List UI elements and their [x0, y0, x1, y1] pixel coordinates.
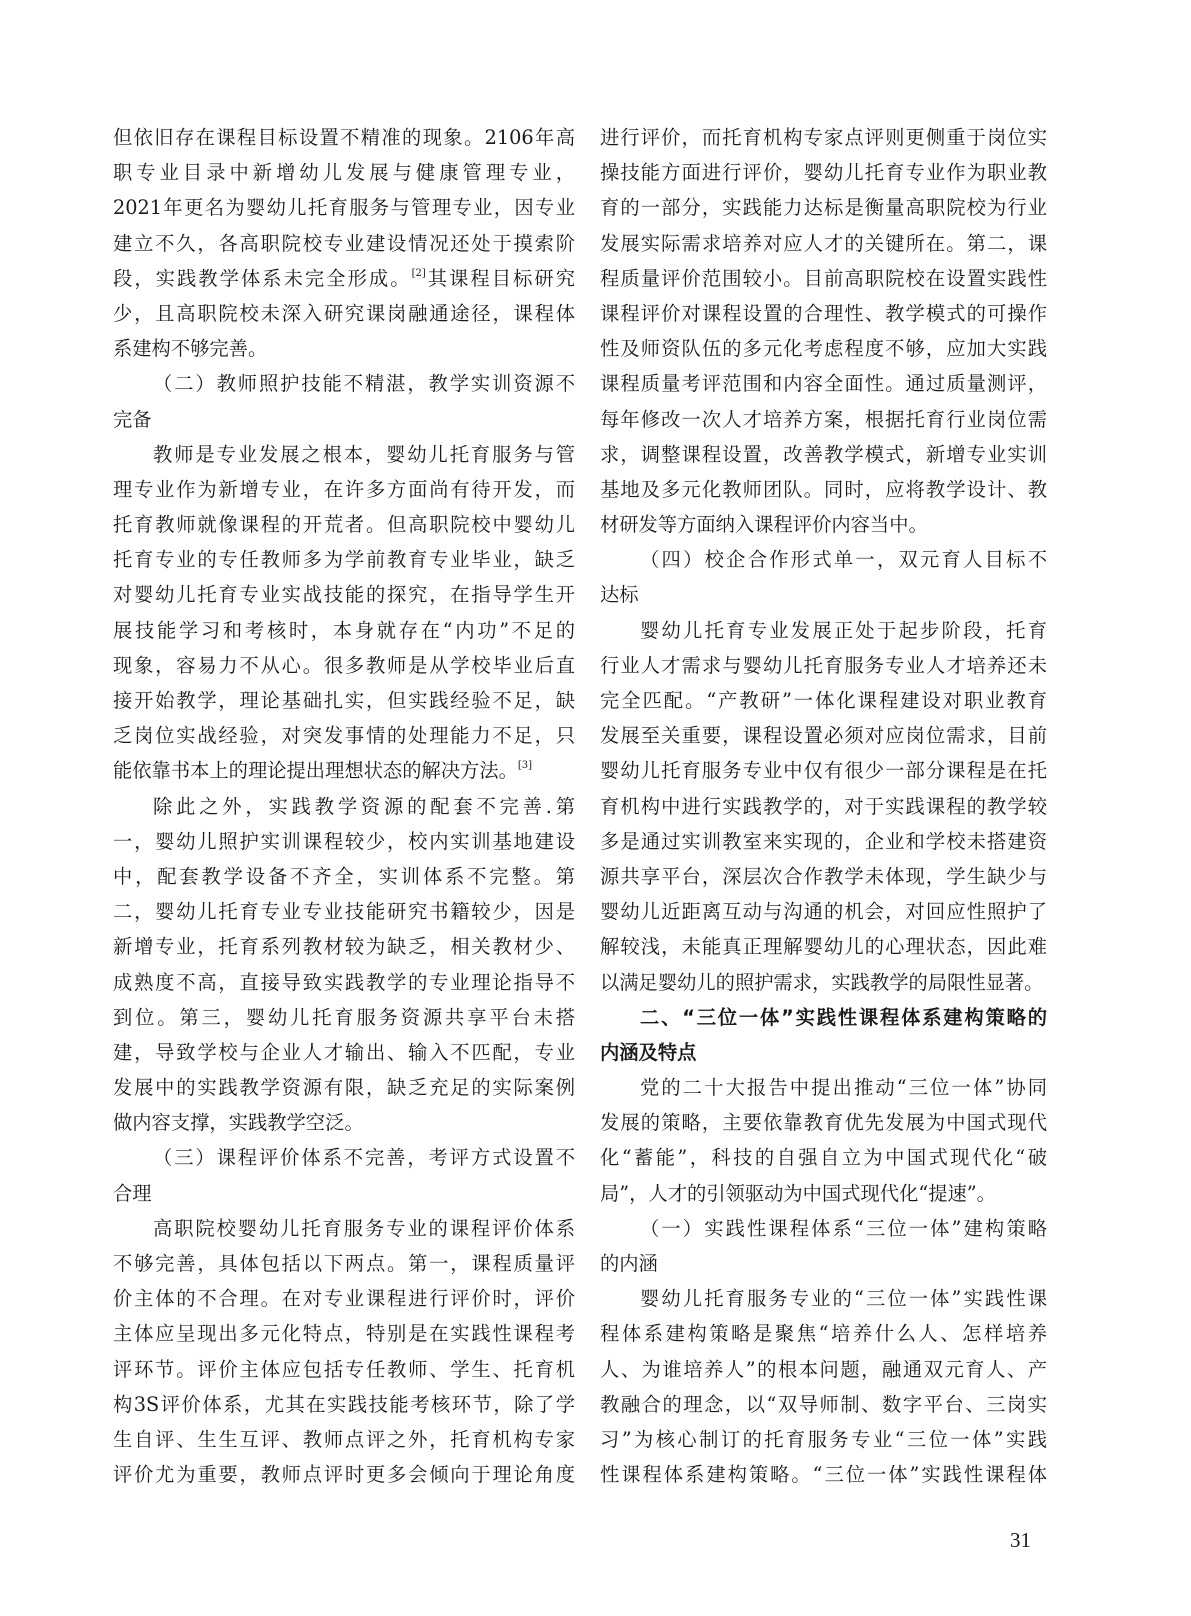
text-line: 构3S评价体系，尤其在实践技能考核环节，除了学	[113, 1387, 575, 1422]
line-text: 托育专业的专任教师多为学前教育专业毕业，缺乏	[113, 548, 575, 571]
line-text: 婴幼儿托育服务专业中仅有很少一部分课程是在托	[600, 759, 1047, 782]
line-text: 发展的策略，主要依靠教育优先发展为中国式现代	[600, 1111, 1047, 1134]
text-line: 完备	[113, 402, 575, 437]
line-text: 建立不久，各高职院校专业建设情况还处于摸索阶	[113, 232, 575, 255]
line-text: 系建构不够完善。	[113, 337, 267, 360]
line-text: 解较浅，未能真正理解婴幼儿的心理状态，因此难	[600, 935, 1047, 958]
text-line: 主体应呈现出多元化特点，特别是在实践性课程考	[113, 1316, 575, 1351]
text-line: 操技能方面进行评价，婴幼儿托育专业作为职业教	[600, 155, 1047, 190]
text-line: 课程质量考评范围和内容全面性。通过质量测评，	[600, 366, 1047, 401]
line-text: 课程质量考评范围和内容全面性。通过质量测评，	[600, 372, 1047, 395]
text-line: 每年修改一次人才培养方案，根据托育行业岗位需	[600, 402, 1047, 437]
line-text: 建，导致学校与企业人才输出、输入不匹配，专业	[113, 1041, 575, 1064]
text-line: 理专业作为新增专业，在许多方面尚有待开发，而	[113, 472, 575, 507]
line-text: 价主体的不合理。在对专业课程进行评价时，评价	[113, 1287, 575, 1310]
text-line: 以满足婴幼儿的照护需求，实践教学的局限性显著。	[600, 965, 1047, 1000]
subsection-heading: （四）校企合作形式单一，双元育人目标不	[600, 542, 1047, 577]
line-text: （四）校企合作形式单一，双元育人目标不	[640, 548, 1047, 571]
line-text: 对婴幼儿托育专业实战技能的探究，在指导学生开	[113, 583, 575, 606]
line-text: 新增专业，托育系列教材较为缺乏，相关教材少、	[113, 935, 575, 958]
text-line: 评环节。评价主体应包括专任教师、学生、托育机	[113, 1352, 575, 1387]
text-line: 化“蓄能”，科技的自强自立为中国式现代化“破	[600, 1140, 1047, 1175]
text-line: 托育专业的专任教师多为学前教育专业毕业，缺乏	[113, 542, 575, 577]
line-text: （二）教师照护技能不精湛，教学实训资源不	[153, 372, 575, 395]
text-line: 除此之外，实践教学资源的配套不完善.第	[113, 789, 575, 824]
line-text: 一，婴幼儿照护实训课程较少，校内实训基地建设	[113, 830, 575, 853]
line-text: 理专业作为新增专业，在许多方面尚有待开发，而	[113, 478, 575, 501]
line-text: 基地及多元化教师团队。同时，应将教学设计、教	[600, 478, 1047, 501]
line-text: 但依旧存在课程目标设置不精准的现象。2106年高	[113, 126, 575, 149]
text-line: 习”为核心制订的托育服务专业“三位一体”实践	[600, 1422, 1047, 1457]
right-column: 进行评价，而托育机构专家点评则更侧重于岗位实操技能方面进行评价，婴幼儿托育专业作…	[600, 120, 1047, 1492]
line-text: 合理	[113, 1182, 152, 1205]
subsection-heading: （三）课程评价体系不完善，考评方式设置不	[113, 1140, 575, 1175]
text-line: 职专业目录中新增幼儿发展与健康管理专业，	[113, 155, 575, 190]
line-text: 性及师资队伍的多元化考虑程度不够，应加大实践	[600, 337, 1047, 360]
line-text: 性课程体系建构策略。“三位一体”实践性课程体	[600, 1463, 1047, 1486]
text-line: 教师是专业发展之根本，婴幼儿托育服务与管	[113, 437, 575, 472]
text-line: 建立不久，各高职院校专业建设情况还处于摸索阶	[113, 226, 575, 261]
text-line: 完全匹配。“产教研”一体化课程建设对职业教育	[600, 683, 1047, 718]
text-line: 2021年更名为婴幼儿托育服务与管理专业，因专业	[113, 190, 575, 225]
text-line: 求，调整课程设置，改善教学模式，新增专业实训	[600, 437, 1047, 472]
text-line: 乏岗位实战经验，对突发事情的处理能力不足，只	[113, 718, 575, 753]
text-line: 达标	[600, 577, 1047, 612]
line-text: 以满足婴幼儿的照护需求，实践教学的局限性显著。	[600, 971, 1043, 994]
text-line: 发展至关重要，课程设置必须对应岗位需求，目前	[600, 718, 1047, 753]
line-text: （三）课程评价体系不完善，考评方式设置不	[153, 1146, 575, 1169]
line-text: 接开始教学，理论基础扎实，但实践经验不足，缺	[113, 689, 575, 712]
text-line: 不够完善，具体包括以下两点。第一，课程质量评	[113, 1246, 575, 1281]
text-line: 现象，容易力不从心。很多教师是从学校毕业后直	[113, 648, 575, 683]
line-text: 课程评价对课程设置的合理性、教学模式的可操作	[600, 302, 1047, 325]
text-line: 教融合的理念，以“双导师制、数字平台、三岗实	[600, 1387, 1047, 1422]
line-text: 内涵及特点	[600, 1041, 696, 1064]
text-line: 婴幼儿托育服务专业的“三位一体”实践性课	[600, 1281, 1047, 1316]
line-text: 少，且高职院校未深入研究课岗融通途径，课程体	[113, 302, 575, 325]
text-line: 系建构不够完善。	[113, 331, 575, 366]
text-line: 婴幼儿托育服务专业中仅有很少一部分课程是在托	[600, 753, 1047, 788]
line-text: （一）实践性课程体系“三位一体”建构策略	[640, 1217, 1047, 1240]
text-line: 做内容支撑，实践教学空泛。	[113, 1105, 575, 1140]
page-number: 31	[1010, 1528, 1031, 1553]
citation-marker: [2]	[412, 268, 426, 279]
text-line: 人、为谁培养人”的根本问题，融通双元育人、产	[600, 1352, 1047, 1387]
line-text: 现象，容易力不从心。很多教师是从学校毕业后直	[113, 654, 575, 677]
text-line: 对婴幼儿托育专业实战技能的探究，在指导学生开	[113, 577, 575, 612]
line-text: 2021年更名为婴幼儿托育服务与管理专业，因专业	[113, 196, 575, 219]
line-text: 托育教师就像课程的开荒者。但高职院校中婴幼儿	[113, 513, 575, 536]
text-line: 行业人才需求与婴幼儿托育服务专业人才培养还未	[600, 648, 1047, 683]
line-text: 人、为谁培养人”的根本问题，融通双元育人、产	[600, 1358, 1047, 1381]
text-line: 一，婴幼儿照护实训课程较少，校内实训基地建设	[113, 824, 575, 859]
text-line: 生自评、生生互评、教师点评之外，托育机构专家	[113, 1422, 575, 1457]
line-text: 求，调整课程设置，改善教学模式，新增专业实训	[600, 443, 1047, 466]
line-text: 到位。第三，婴幼儿托育服务资源共享平台未搭	[113, 1006, 575, 1029]
line-text: 婴幼儿近距离互动与沟通的机会，对回应性照护了	[600, 900, 1047, 923]
text-line: 基地及多元化教师团队。同时，应将教学设计、教	[600, 472, 1047, 507]
line-text: 二，婴幼儿托育专业专业技能研究书籍较少，因是	[113, 900, 575, 923]
line-text: 展技能学习和考核时，本身就存在“内功”不足的	[113, 619, 575, 642]
subsection-heading: （一）实践性课程体系“三位一体”建构策略	[600, 1211, 1047, 1246]
line-text: 高职院校婴幼儿托育服务专业的课程评价体系	[153, 1217, 575, 1240]
line-text: 多是通过实训教室来实现的，企业和学校未搭建资	[600, 830, 1047, 853]
line-text: 做内容支撑，实践教学空泛。	[113, 1111, 364, 1134]
text-line: 高职院校婴幼儿托育服务专业的课程评价体系	[113, 1211, 575, 1246]
subsection-heading: （二）教师照护技能不精湛，教学实训资源不	[113, 366, 575, 401]
line-text: 教融合的理念，以“双导师制、数字平台、三岗实	[600, 1393, 1047, 1416]
line-text: 发展至关重要，课程设置必须对应岗位需求，目前	[600, 724, 1047, 747]
line-text: 完备	[113, 408, 152, 431]
text-line: 新增专业，托育系列教材较为缺乏，相关教材少、	[113, 929, 575, 964]
text-line: 展技能学习和考核时，本身就存在“内功”不足的	[113, 613, 575, 648]
text-line: 课程评价对课程设置的合理性、教学模式的可操作	[600, 296, 1047, 331]
text-line: 发展中的实践教学资源有限，缺乏充足的实际案例	[113, 1070, 575, 1105]
line-text: 婴幼儿托育服务专业的“三位一体”实践性课	[640, 1287, 1047, 1310]
text-line: 育的一部分，实践能力达标是衡量高职院校为行业	[600, 190, 1047, 225]
line-text: 局”，人才的引领驱动为中国式现代化“提速”。	[600, 1182, 996, 1205]
line-text: 育机构中进行实践教学的，对于实践课程的教学较	[600, 795, 1047, 818]
line-text: 生自评、生生互评、教师点评之外，托育机构专家	[113, 1428, 575, 1451]
text-line: 局”，人才的引领驱动为中国式现代化“提速”。	[600, 1176, 1047, 1211]
text-line: 进行评价，而托育机构专家点评则更侧重于岗位实	[600, 120, 1047, 155]
line-text: 评环节。评价主体应包括专任教师、学生、托育机	[113, 1358, 575, 1381]
line-text: 职专业目录中新增幼儿发展与健康管理专业，	[113, 161, 575, 184]
line-text: 发展中的实践教学资源有限，缺乏充足的实际案例	[113, 1076, 575, 1099]
line-text: 习”为核心制订的托育服务专业“三位一体”实践	[600, 1428, 1047, 1451]
line-text: 完全匹配。“产教研”一体化课程建设对职业教育	[600, 689, 1047, 712]
line-text: 育的一部分，实践能力达标是衡量高职院校为行业	[600, 196, 1047, 219]
text-line: 源共享平台，深层次合作教学未体现，学生缺少与	[600, 859, 1047, 894]
text-line: 程体系建构策略是聚焦“培养什么人、怎样培养	[600, 1316, 1047, 1351]
text-line: 党的二十大报告中提出推动“三位一体”协同	[600, 1070, 1047, 1105]
text-line: 成熟度不高，直接导致实践教学的专业理论指导不	[113, 965, 575, 1000]
text-line: 建，导致学校与企业人才输出、输入不匹配，专业	[113, 1035, 575, 1070]
text-line: 托育教师就像课程的开荒者。但高职院校中婴幼儿	[113, 507, 575, 542]
text-line: 接开始教学，理论基础扎实，但实践经验不足，缺	[113, 683, 575, 718]
line-text: 材研发等方面纳入课程评价内容当中。	[600, 513, 928, 536]
text-line: 合理	[113, 1176, 575, 1211]
line-text: 乏岗位实战经验，对突发事情的处理能力不足，只	[113, 724, 575, 747]
text-line: 发展实际需求培养对应人才的关键所在。第二，课	[600, 226, 1047, 261]
line-text: 程体系建构策略是聚焦“培养什么人、怎样培养	[600, 1322, 1047, 1345]
line-text: 化“蓄能”，科技的自强自立为中国式现代化“破	[600, 1146, 1047, 1169]
line-text: 能依靠书本上的理论提出理想状态的解决方法。	[113, 759, 518, 782]
text-line: 少，且高职院校未深入研究课岗融通途径，课程体	[113, 296, 575, 331]
line-text: 的内涵	[600, 1252, 658, 1275]
text-line: 程质量评价范围较小。目前高职院校在设置实践性	[600, 261, 1047, 296]
line-text: 发展实际需求培养对应人才的关键所在。第二，课	[600, 232, 1047, 255]
section-heading: 二、“三位一体”实践性课程体系建构策略的	[600, 1000, 1047, 1035]
text-line: 材研发等方面纳入课程评价内容当中。	[600, 507, 1047, 542]
line-text: 除此之外，实践教学资源的配套不完善.第	[153, 795, 575, 818]
text-line: 能依靠书本上的理论提出理想状态的解决方法。[3]	[113, 753, 575, 788]
line-text: 二、“三位一体”实践性课程体系建构策略的	[640, 1006, 1047, 1029]
citation-marker: [3]	[518, 760, 532, 771]
line-text: 源共享平台，深层次合作教学未体现，学生缺少与	[600, 865, 1047, 888]
line-text: 其课程目标研究	[426, 267, 575, 290]
text-line: 评价尤为重要，教师点评时更多会倾向于理论角度	[113, 1457, 575, 1492]
line-text: 达标	[600, 583, 639, 606]
line-text: 程质量评价范围较小。目前高职院校在设置实践性	[600, 267, 1047, 290]
line-text: 成熟度不高，直接导致实践教学的专业理论指导不	[113, 971, 575, 994]
left-column: 但依旧存在课程目标设置不精准的现象。2106年高职专业目录中新增幼儿发展与健康管…	[113, 120, 575, 1492]
line-text: 每年修改一次人才培养方案，根据托育行业岗位需	[600, 408, 1047, 431]
text-line: 多是通过实训教室来实现的，企业和学校未搭建资	[600, 824, 1047, 859]
line-text: 主体应呈现出多元化特点，特别是在实践性课程考	[113, 1322, 575, 1345]
line-text: 中，配套教学设备不齐全，实训体系不完整。第	[113, 865, 575, 888]
text-line: 性课程体系建构策略。“三位一体”实践性课程体	[600, 1457, 1047, 1492]
line-text: 评价尤为重要，教师点评时更多会倾向于理论角度	[113, 1463, 575, 1486]
text-line: 解较浅，未能真正理解婴幼儿的心理状态，因此难	[600, 929, 1047, 964]
text-line: 到位。第三，婴幼儿托育服务资源共享平台未搭	[113, 1000, 575, 1035]
line-text: 进行评价，而托育机构专家点评则更侧重于岗位实	[600, 126, 1047, 149]
line-text: 婴幼儿托育专业发展正处于起步阶段，托育	[640, 619, 1047, 642]
line-text: 行业人才需求与婴幼儿托育服务专业人才培养还未	[600, 654, 1047, 677]
text-line: 婴幼儿托育专业发展正处于起步阶段，托育	[600, 613, 1047, 648]
line-text: 教师是专业发展之根本，婴幼儿托育服务与管	[153, 443, 575, 466]
section-heading: 内涵及特点	[600, 1035, 1047, 1070]
text-line: 发展的策略，主要依靠教育优先发展为中国式现代	[600, 1105, 1047, 1140]
line-text: 不够完善，具体包括以下两点。第一，课程质量评	[113, 1252, 575, 1275]
text-line: 育机构中进行实践教学的，对于实践课程的教学较	[600, 789, 1047, 824]
text-line: 二，婴幼儿托育专业专业技能研究书籍较少，因是	[113, 894, 575, 929]
line-text: 构3S评价体系，尤其在实践技能考核环节，除了学	[113, 1393, 575, 1416]
text-line: 但依旧存在课程目标设置不精准的现象。2106年高	[113, 120, 575, 155]
line-text: 操技能方面进行评价，婴幼儿托育专业作为职业教	[600, 161, 1047, 184]
journal-page: 但依旧存在课程目标设置不精准的现象。2106年高职专业目录中新增幼儿发展与健康管…	[0, 0, 1191, 1616]
text-line: 性及师资队伍的多元化考虑程度不够，应加大实践	[600, 331, 1047, 366]
text-line: 的内涵	[600, 1246, 1047, 1281]
text-line: 婴幼儿近距离互动与沟通的机会，对回应性照护了	[600, 894, 1047, 929]
line-text: 段，实践教学体系未完全形成。	[113, 267, 412, 290]
text-line: 价主体的不合理。在对专业课程进行评价时，评价	[113, 1281, 575, 1316]
text-line: 中，配套教学设备不齐全，实训体系不完整。第	[113, 859, 575, 894]
line-text: 党的二十大报告中提出推动“三位一体”协同	[640, 1076, 1047, 1099]
text-line: 段，实践教学体系未完全形成。[2]其课程目标研究	[113, 261, 575, 296]
